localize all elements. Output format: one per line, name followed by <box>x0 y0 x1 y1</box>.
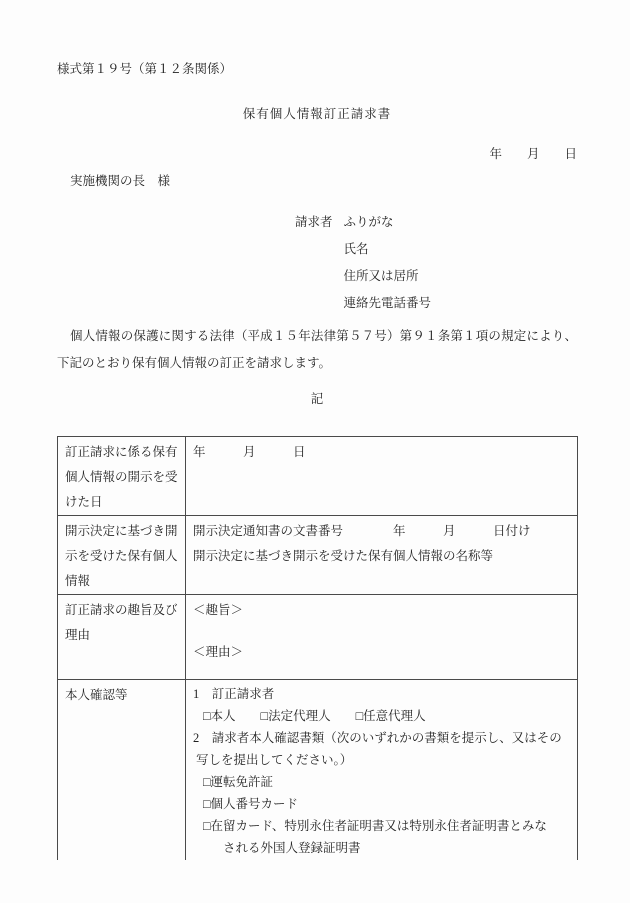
checkbox-drivers-license: □運転免許証 <box>193 771 573 793</box>
addressee-line: 実施機関の長 様 <box>57 168 577 195</box>
row-identity-verification: 本人確認等 1 訂正請求者 □本人 □法定代理人 □任意代理人 2 請求者本人確… <box>58 680 578 860</box>
purpose-label: ＜趣旨＞ <box>193 598 573 623</box>
legal-basis-paragraph: 個人情報の保護に関する法律（平成１５年法律第５７号）第９１条第１項の規定により、… <box>57 323 577 377</box>
row-header-disclosed-info: 開示決定に基づき開示を受けた保有個人情報 <box>58 516 186 595</box>
row-disclosure-date: 訂正請求に係る保有個人情報の開示を受けた日 年 月 日 <box>58 437 578 516</box>
item2-identity-docs-line1: 2 請求者本人確認書類（次のいずれかの書類を提示し、又はその <box>193 727 573 749</box>
disclosure-notice-number-line: 開示決定通知書の文書番号 年 月 日付け <box>193 519 573 544</box>
requester-field-phone: 連絡先電話番号 <box>344 290 432 317</box>
checkbox-residence-card-line2: される外国人登録証明書 <box>193 837 573 859</box>
reason-label: ＜理由＞ <box>193 640 573 665</box>
request-detail-table: 訂正請求に係る保有個人情報の開示を受けた日 年 月 日 開示決定に基づき開示を受… <box>57 436 578 860</box>
requester-type-checkbox-line: □本人 □法定代理人 □任意代理人 <box>193 705 573 727</box>
item1-requester-type-label: 1 訂正請求者 <box>193 683 573 705</box>
row-header-purpose-reason: 訂正請求の趣旨及び理由 <box>58 595 186 680</box>
form-number: 様式第１９号（第１２条関係） <box>57 56 577 83</box>
disclosed-info-cell: 開示決定通知書の文書番号 年 月 日付け 開示決定に基づき開示を受けた保有個人情… <box>186 516 578 595</box>
checkbox-residence-card-line1: □在留カード、特別永住者証明書又は特別永住者証明書とみな <box>193 815 573 837</box>
identity-verification-cell: 1 訂正請求者 □本人 □法定代理人 □任意代理人 2 請求者本人確認書類（次の… <box>186 680 578 860</box>
requester-fields: ふりがな 氏名 住所又は居所 連絡先電話番号 <box>344 209 432 317</box>
disclosure-date-value: 年 月 日 <box>186 437 578 516</box>
item2-identity-docs-line2: 写しを提出してください。） <box>193 749 573 771</box>
row-header-identity-verification: 本人確認等 <box>58 680 186 860</box>
row-disclosed-info: 開示決定に基づき開示を受けた保有個人情報 開示決定通知書の文書番号 年 月 日付… <box>58 516 578 595</box>
disclosed-info-name-line: 開示決定に基づき開示を受けた保有個人情報の名称等 <box>193 544 573 569</box>
row-purpose-reason: 訂正請求の趣旨及び理由 ＜趣旨＞ ＜理由＞ <box>58 595 578 680</box>
requester-field-furigana: ふりがな <box>344 209 432 236</box>
checkbox-mynumber-card: □個人番号カード <box>193 793 573 815</box>
requester-field-name: 氏名 <box>344 236 432 263</box>
requester-label: 請求者 <box>295 209 333 317</box>
requester-block: 請求者 ふりがな 氏名 住所又は居所 連絡先電話番号 <box>295 209 577 317</box>
form-document-page: 様式第１９号（第１２条関係） 保有個人情報訂正請求書 年 月 日 実施機関の長 … <box>0 0 630 903</box>
requester-field-address: 住所又は居所 <box>344 263 432 290</box>
purpose-reason-cell: ＜趣旨＞ ＜理由＞ <box>186 595 578 680</box>
section-marker-ki: 記 <box>57 386 577 413</box>
row-header-disclosure-date: 訂正請求に係る保有個人情報の開示を受けた日 <box>58 437 186 516</box>
page-title: 保有個人情報訂正請求書 <box>57 101 577 128</box>
date-blank-line: 年 月 日 <box>57 141 577 168</box>
